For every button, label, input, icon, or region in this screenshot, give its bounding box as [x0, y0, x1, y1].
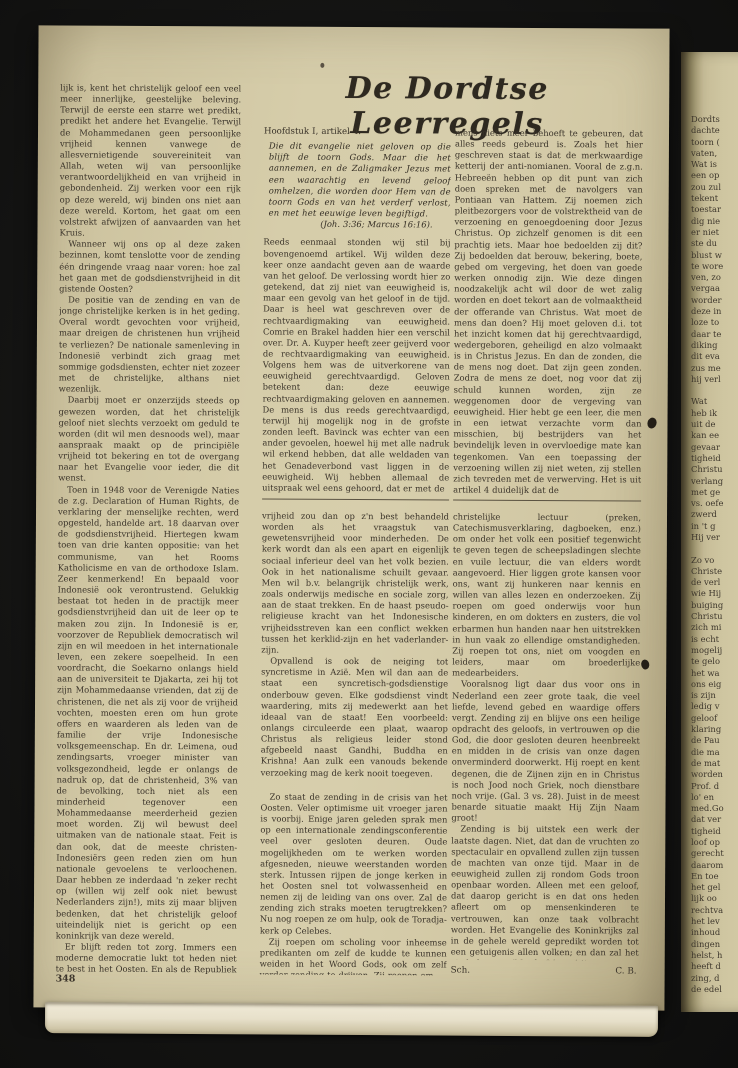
clipped-text-line: worder — [691, 295, 738, 306]
paragraph: Zending is bij uitstek een werk der laat… — [451, 824, 640, 961]
clipped-text-line: uit de — [691, 419, 738, 430]
clipped-text-line: rechtva — [691, 905, 738, 916]
page-stack-edge — [45, 1002, 658, 1037]
clipped-text-line: wie Hij — [691, 588, 738, 599]
clipped-text-line: gevaar — [691, 442, 738, 453]
clipped-text-line: helst, h — [691, 950, 738, 961]
clipped-text-line: Hij ver — [691, 532, 738, 543]
signatures-row: Sch. C. B. — [451, 966, 637, 977]
clipped-text-line: hij verl — [691, 374, 738, 385]
magazine-page: De Dordtse Leerregels lijk is, kent het … — [33, 25, 669, 1010]
middle-column-body: Reeds eenmaal stonden wij stil bij boven… — [262, 237, 450, 495]
clipped-text-line: heeft d — [691, 961, 738, 972]
clipped-text-line: vaten, — [691, 148, 738, 159]
clipped-text-line: dat ver — [691, 814, 738, 825]
clipped-text-line: dachte — [691, 125, 738, 136]
clipped-text-line: vergaa — [691, 283, 738, 294]
clipped-text-line: daarom — [691, 860, 738, 871]
clipped-text-line: loof op — [691, 837, 738, 848]
clipped-text-line: zing, d — [691, 973, 738, 984]
paragraph: lijk is, kent het christelijk geloof een… — [59, 82, 241, 239]
paragraph: christelijke lectuur (preken, Catechismu… — [452, 512, 641, 680]
clipped-text-line: zwerd — [691, 509, 738, 520]
clipped-text-line: die ma — [691, 747, 738, 758]
clipped-text-line: ledig v — [691, 701, 738, 712]
clipped-text-line: daar te — [691, 329, 738, 340]
author-signature-mission: Sch. — [451, 966, 470, 976]
next-page-text: Dordtsdachtetoorn (vaten,Wat iseen opzou… — [681, 52, 738, 995]
paragraph: Zij roepen om scholing voor inheemse pre… — [260, 936, 447, 975]
ink-speck — [320, 63, 324, 68]
binding-mark — [640, 659, 650, 670]
clipped-text-line — [691, 385, 738, 396]
clipped-text-line: Dordts — [691, 114, 738, 125]
paragraph: Zo staat de zending in de crisis van het… — [260, 791, 448, 937]
clipped-text-line: tigheid — [691, 453, 738, 464]
clipped-text-line: zou zul — [691, 182, 738, 193]
paragraph: mens niets meer behoeft te gebeuren, dat… — [453, 128, 643, 497]
clipped-text-line: tigheid — [691, 826, 738, 837]
paragraph: Er blijft reden tot zorg. Immers een mod… — [56, 941, 237, 975]
right-column-lower: christelijke lectuur (preken, Catechismu… — [451, 512, 641, 961]
clipped-text-line: buiging — [691, 600, 738, 611]
clipped-text-line: inhoud — [691, 927, 738, 938]
clipped-text-line: worden — [691, 769, 738, 780]
middle-column-upper: Hoofdstuk I, artikel 4. Die dit evangeli… — [262, 127, 451, 498]
clipped-text-line: er niet — [691, 227, 738, 238]
author-signature-dordtse: C. B. — [615, 966, 636, 976]
clipped-text-line: de verl — [691, 577, 738, 588]
clipped-text-line: blust w — [691, 250, 738, 261]
clipped-text-line: vs. oefe — [691, 498, 738, 509]
clipped-text-line: Prof. d — [691, 781, 738, 792]
clipped-text-line: verlang — [691, 476, 738, 487]
right-column-upper: mens niets meer behoeft te gebeuren, dat… — [453, 128, 643, 499]
clipped-text-line: tekent — [691, 193, 738, 204]
paragraph: Daarbij moet er onzerzijds steeds op gew… — [58, 395, 239, 485]
clipped-text-line: ste du — [691, 238, 738, 249]
clipped-text-line: dig nie — [691, 216, 738, 227]
clipped-text-line: is echt — [691, 634, 738, 645]
clipped-text-line: de Pau — [691, 735, 738, 746]
clipped-text-line: te gelo — [691, 656, 738, 667]
clipped-text-line: En toe — [691, 871, 738, 882]
clipped-text-line: med.Go — [691, 803, 738, 814]
chapter-heading: Hoofdstuk I, artikel 4. — [264, 127, 451, 139]
clipped-text-line: het lev — [691, 916, 738, 927]
clipped-text-line: toorn ( — [691, 137, 738, 148]
next-page-sliver: Dordtsdachtetoorn (vaten,Wat iseen opzou… — [681, 52, 738, 1012]
clipped-text-line: te wore — [691, 261, 738, 272]
clipped-text-line: deze in — [691, 306, 738, 317]
section-divider-middle — [262, 499, 449, 501]
clipped-text-line: ons eig — [691, 679, 738, 690]
clipped-text-line: het wa — [691, 668, 738, 679]
paragraph: vrijheid zou dan op z'n best behandeld w… — [261, 511, 449, 657]
paragraph: De positie van de zending en van de jong… — [59, 294, 241, 395]
clipped-text-line: een op — [691, 170, 738, 181]
paragraph: Reeds eenmaal stonden wij stil bij boven… — [262, 237, 450, 495]
clipped-text-line: Christe — [691, 566, 738, 577]
clipped-text-line: zus me — [691, 363, 738, 374]
scripture-reference: (Joh. 3:36; Marcus 16:16). — [264, 219, 451, 231]
clipped-text-line: is zijn — [691, 690, 738, 701]
left-column: lijk is, kent het christelijk geloof een… — [56, 82, 242, 975]
scripture-quote: Die dit evangelie niet geloven op die bl… — [269, 141, 451, 220]
paragraph: Toen in 1948 voor de Verenigde Naties de… — [56, 484, 239, 942]
clipped-text-line: het gel — [691, 882, 738, 893]
clipped-text-line: zich mi — [691, 622, 738, 633]
clipped-text-line: lijk oo — [691, 893, 738, 904]
clipped-text-line: kan ee — [691, 430, 738, 441]
clipped-text-line — [691, 543, 738, 554]
section-divider-right — [453, 500, 641, 502]
clipped-text-line: ven, zo — [691, 272, 738, 283]
binding-mark — [646, 416, 658, 429]
clipped-text-line: Wat — [691, 396, 738, 407]
paragraph: Wanneer wij ons op al deze zaken bezinne… — [59, 239, 240, 296]
clipped-text-line: toestar — [691, 204, 738, 215]
middle-column-lower: vrijheid zou dan op z'n best behandeld w… — [260, 511, 449, 976]
clipped-text-line: loze to — [691, 317, 738, 328]
clipped-text-line: dingen — [691, 939, 738, 950]
clipped-text-line: Wat is — [691, 159, 738, 170]
clipped-text-line: klaring — [691, 724, 738, 735]
clipped-text-line: Christu — [691, 464, 738, 475]
paragraph: Vooralsnog ligt daar dus voor ons in Ned… — [451, 679, 640, 825]
clipped-text-line: de mat — [691, 758, 738, 769]
clipped-text-line: dit eva — [691, 351, 738, 362]
photo-of-magazine-page: { "page": { "number": "348" }, "dordtse"… — [0, 0, 738, 1068]
page-number: 348 — [56, 973, 76, 984]
clipped-text-line: diking — [691, 340, 738, 351]
clipped-text-line: heb ik — [691, 408, 738, 419]
paragraph: Opvallend is ook de neiging tot syncreti… — [261, 656, 449, 780]
clipped-text-line: mogelij — [691, 645, 738, 656]
clipped-text-line: in 't g — [691, 521, 738, 532]
clipped-text-line: gerecht — [691, 848, 738, 859]
clipped-text-line: Zo vo — [691, 555, 738, 566]
clipped-text-line: lo' en — [691, 792, 738, 803]
clipped-text-line: de edel — [691, 984, 738, 995]
clipped-text-line: Christu — [691, 611, 738, 622]
clipped-text-line: met ge — [691, 487, 738, 498]
clipped-text-line: geloof — [691, 713, 738, 724]
